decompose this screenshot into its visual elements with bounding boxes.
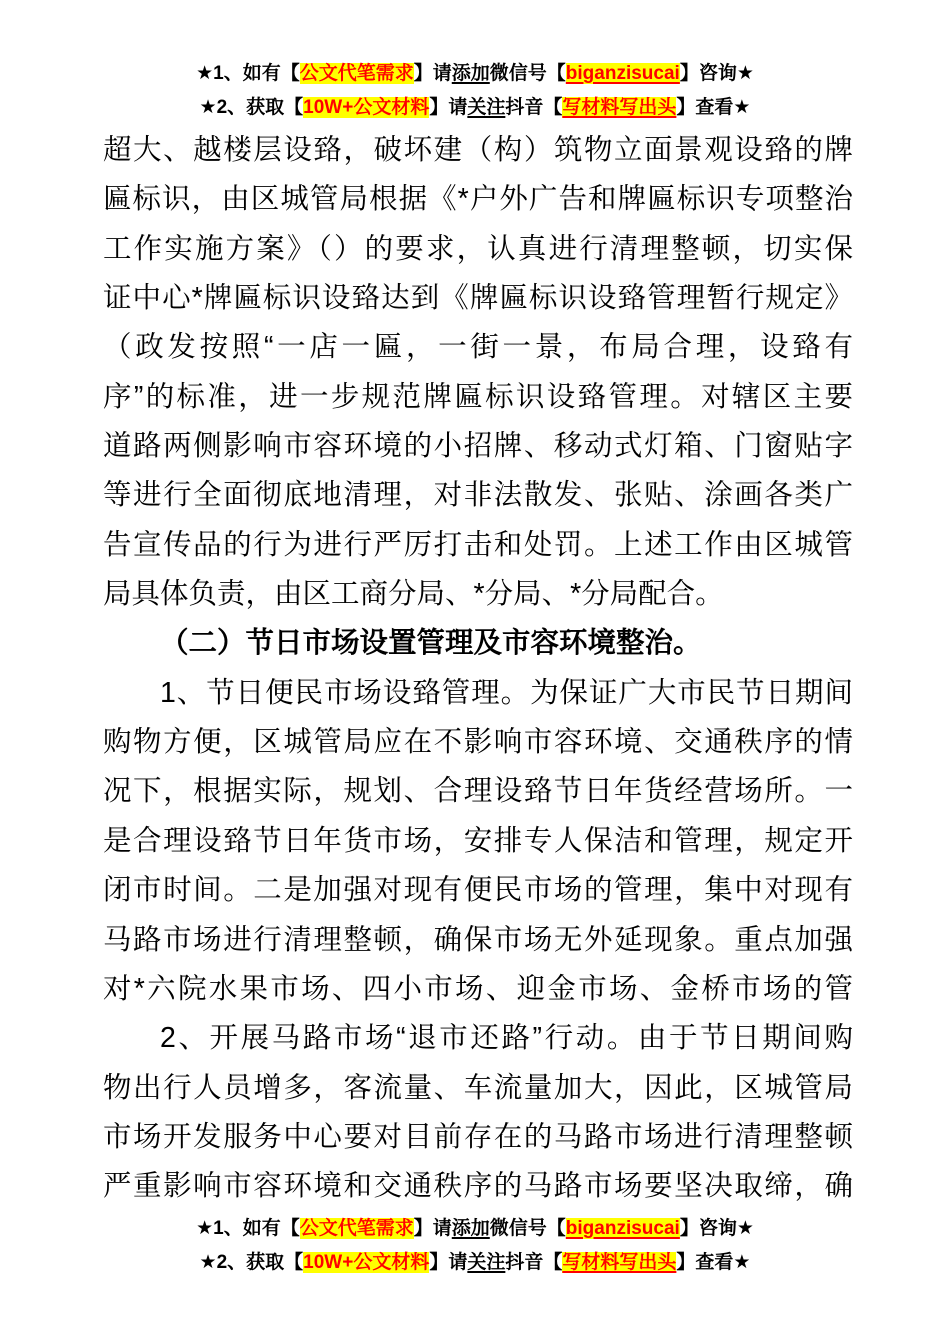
text-line: 1、节日便民市场设臵管理。为保证广大市民节日期间 xyxy=(103,669,853,718)
action-word-add: 添加 xyxy=(452,1218,490,1239)
section-heading: （二）节日市场设置管理及市容环境整治。 xyxy=(103,619,853,668)
text-line: 告宣传品的行为进行严厉打击和处罚。上述工作由区城管 xyxy=(103,521,853,570)
banner-star-suffix: 】查看★ xyxy=(676,97,750,118)
banner-text: 】请 xyxy=(429,97,467,118)
text-line: 局具体负责，由区工商分局、*分局、*分局配合。 xyxy=(103,570,853,619)
banner-star-suffix: 】咨询★ xyxy=(680,1218,754,1239)
banner-line: ★1、如有【公文代笔需求】请添加微信号【biganzisucai】咨询★ xyxy=(0,1212,950,1246)
banner-star-suffix: 】咨询★ xyxy=(680,63,754,84)
banner-line: ★2、获取【10W+公文材料】请关注抖音【写材料写出头】查看★ xyxy=(0,1246,950,1280)
text-line: 超大、越楼层设臵，破坏建（构）筑物立面景观设臵的牌 xyxy=(103,126,853,175)
document-body: 超大、越楼层设臵，破坏建（构）筑物立面景观设臵的牌匾标识，由区城管局根据《*户外… xyxy=(103,126,853,1212)
action-word-follow: 关注 xyxy=(467,1252,505,1273)
text-line: 是合理设臵节日年货市场，安排专人保洁和管理，规定开 xyxy=(103,817,853,866)
service-keyword: 公文代笔需求 xyxy=(300,1218,414,1239)
banner-line: ★1、如有【公文代笔需求】请添加微信号【biganzisucai】咨询★ xyxy=(0,57,950,91)
banner-text: 】请 xyxy=(414,1218,452,1239)
document-page: ★1、如有【公文代笔需求】请添加微信号【biganzisucai】咨询★★2、获… xyxy=(0,0,950,1344)
text-line: 序”的标准，进一步规范牌匾标识设臵管理。对辖区主要 xyxy=(103,373,853,422)
text-line: 市场开发服务中心要对目前存在的马路市场进行清理整顿 xyxy=(103,1113,853,1162)
text-line: 严重影响市容环境和交通秩序的马路市场要坚决取缔，确 xyxy=(103,1162,853,1211)
text-line: 对*六院水果市场、四小市场、迎金市场、金桥市场的管理。 xyxy=(103,965,853,1014)
banner-text: 微信号【 xyxy=(490,1218,566,1239)
text-line: 马路市场进行清理整顿，确保市场无外延现象。重点加强 xyxy=(103,916,853,965)
text-line: 工作实施方案》（）的要求，认真进行清理整顿，切实保 xyxy=(103,225,853,274)
text-line: （政发按照“一店一匾，一街一景，布局合理，设臵有 xyxy=(103,323,853,372)
banner-text: 抖音【 xyxy=(505,97,562,118)
banner-star-suffix: 】查看★ xyxy=(676,1252,750,1273)
banner-text: 】请 xyxy=(414,63,452,84)
wechat-id: biganzisucai xyxy=(566,63,680,84)
text-line: 物出行人员增多，客流量、车流量加大，因此，区城管局 xyxy=(103,1064,853,1113)
douyin-account: 写材料写出头 xyxy=(562,97,676,118)
banner-star-prefix: ★2、获取【 xyxy=(200,1252,304,1273)
text-line: 匾标识，由区城管局根据《*户外广告和牌匾标识专项整治 xyxy=(103,175,853,224)
banner-star-prefix: ★1、如有【 xyxy=(196,63,300,84)
banner-star-prefix: ★2、获取【 xyxy=(200,97,304,118)
service-keyword: 公文代笔需求 xyxy=(300,63,414,84)
douyin-account: 写材料写出头 xyxy=(562,1252,676,1273)
material-keyword: 10W+公文材料 xyxy=(303,97,429,118)
action-word-add: 添加 xyxy=(452,63,490,84)
text-line: 购物方便，区城管局应在不影响市容环境、交通秩序的情 xyxy=(103,718,853,767)
header-banner: ★1、如有【公文代笔需求】请添加微信号【biganzisucai】咨询★★2、获… xyxy=(0,0,950,125)
text-line: 证中心*牌匾标识设臵达到《牌匾标识设臵管理暂行规定》 xyxy=(103,274,853,323)
text-line: 等进行全面彻底地清理，对非法散发、张贴、涂画各类广 xyxy=(103,471,853,520)
banner-star-prefix: ★1、如有【 xyxy=(196,1218,300,1239)
banner-text: 抖音【 xyxy=(505,1252,562,1273)
banner-line: ★2、获取【10W+公文材料】请关注抖音【写材料写出头】查看★ xyxy=(0,91,950,125)
text-line: 道路两侧影响市容环境的小招牌、移动式灯箱、门窗贴字 xyxy=(103,422,853,471)
banner-text: 】请 xyxy=(429,1252,467,1273)
banner-text: 微信号【 xyxy=(490,63,566,84)
action-word-follow: 关注 xyxy=(467,97,505,118)
text-line: 2、开展马路市场“退市还路”行动。由于节日期间购 xyxy=(103,1014,853,1063)
wechat-id: biganzisucai xyxy=(566,1218,680,1239)
material-keyword: 10W+公文材料 xyxy=(303,1252,429,1273)
text-line: 闭市时间。二是加强对现有便民市场的管理，集中对现有 xyxy=(103,866,853,915)
footer-banner: ★1、如有【公文代笔需求】请添加微信号【biganzisucai】咨询★★2、获… xyxy=(0,1212,950,1280)
text-line: 况下，根据实际，规划、合理设臵节日年货经营场所。一 xyxy=(103,767,853,816)
